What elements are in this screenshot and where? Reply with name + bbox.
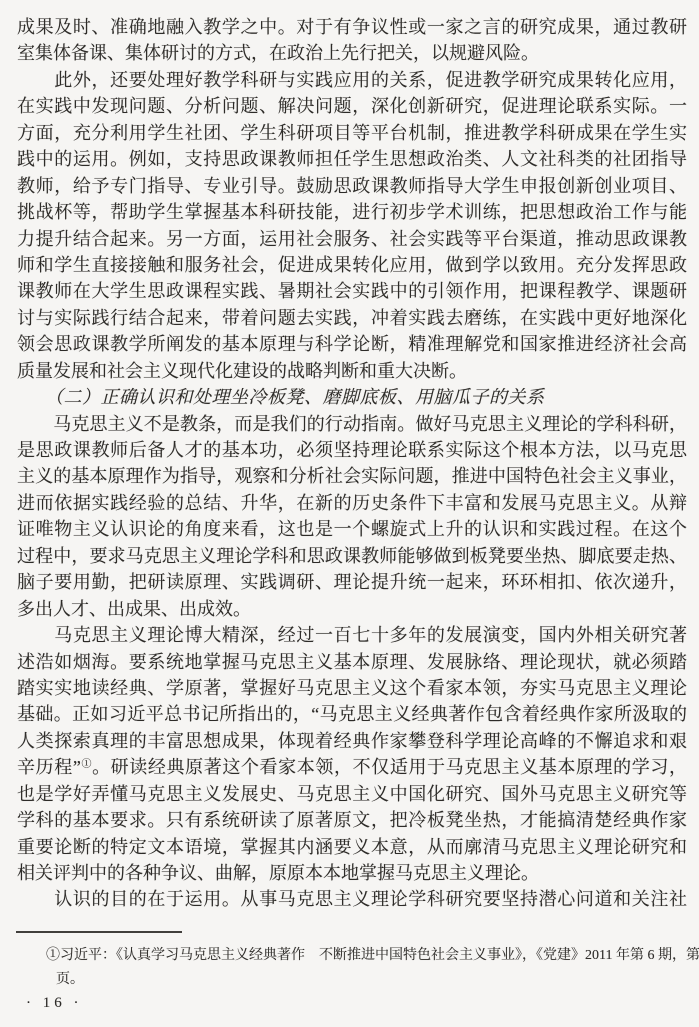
- text-line: 室集体备课、集体研讨的方式，在政治上先行把关，以规避风险。: [17, 40, 687, 66]
- text-line: 力提升结合起来。另一方面，运用社会服务、社会实践等平台渠道，推动思政课教: [17, 226, 687, 252]
- text-line: 师和学生直接接触和服务社会，促进成果转化应用，做到学以致用。充分发挥思政: [17, 252, 687, 278]
- text-line: 述浩如烟海。要系统地掌握马克思主义基本原理、发展脉络、理论现状，就必须踏: [17, 649, 687, 675]
- text-line: 质量发展和社会主义现代化建设的战略判断和重大决断。: [17, 358, 687, 384]
- footnote: ①习近平：《认真学习马克思主义经典著作 不断推进中国特色社会主义事业》，《党建》…: [16, 944, 688, 992]
- text-line: 领会思政课教学所阐发的基本原理与科学论断，精准理解党和国家推进经济社会高: [17, 331, 687, 357]
- text-line: 教师，给予专门指导、专业引导。鼓励思政课教师指导大学生申报创新创业项目、: [17, 173, 687, 199]
- text-line: 重要论断的特定文本语境，掌握其内涵要义本意，从而廓清马克思主义理论研究和: [17, 834, 687, 860]
- footnote-ref-marker: ①: [81, 759, 92, 770]
- document-page: 成果及时、准确地融入教学之中。对于有争议性或一家之言的研究成果，通过教研室集体备…: [0, 0, 699, 1027]
- text-line: 基础。正如习近平总书记所指出的，“马克思主义经典著作包含着经典作家所汲取的: [17, 701, 687, 727]
- section-heading: （二）正确认识和处理坐冷板凳、磨脚底板、用脑瓜子的关系: [17, 384, 687, 410]
- text-line: 马克思主义不是教条，而是我们的行动指南。做好马克思主义理论的学科科研，: [17, 411, 687, 437]
- text-line: 脑子要用勤，把研读原理、实践调研、理论提升统一起来，环环相扣、依次递升，: [17, 569, 687, 595]
- footnote-separator: [16, 931, 182, 933]
- text-line: 辛历程”①。研读经典原著这个看家本领，不仅适用于马克思主义基本原理的学习，: [17, 754, 687, 780]
- text-line: 踏实实地读经典、学原著，掌握好马克思主义这个看家本领，夯实马克思主义理论: [17, 675, 687, 701]
- text-line: 学科的基本要求。只有系统研读了原著原文，把冷板凳坐热，才能搞清楚经典作家: [17, 807, 687, 833]
- text-line: 课教师在大学生思政课程实践、暑期社会实践中的引领作用，把课程教学、课题研: [17, 278, 687, 304]
- text-line: 成果及时、准确地融入教学之中。对于有争议性或一家之言的研究成果，通过教研: [17, 14, 687, 40]
- page-text: 成果及时、准确地融入教学之中。对于有争议性或一家之言的研究成果，通过教研室集体备…: [17, 14, 687, 913]
- text-line: 证唯物主义认识论的角度来看，这也是一个螺旋式上升的认识和实践过程。在这个: [17, 516, 687, 542]
- text-line: 认识的目的在于运用。从事马克思主义理论学科研究要坚持潜心问道和关注社: [17, 886, 687, 912]
- text-line: 多出人才、出成果、出成效。: [17, 596, 687, 622]
- text-line: 在实践中发现问题、分析问题、解决问题，深化创新研究，促进理论联系实际。一: [17, 93, 687, 119]
- text-line: 讨与实际践行结合起来，带着问题去实践，冲着实践去磨练，在实践中更好地深化: [17, 305, 687, 331]
- footnote-line: ①习近平：《认真学习马克思主义经典著作 不断推进中国特色社会主义事业》，《党建》…: [16, 944, 688, 968]
- text-line: 马克思主义理论博大精深，经过一百七十多年的发展演变，国内外相关研究著: [17, 622, 687, 648]
- text-line: 主义的基本原理作为指导，观察和分析社会实际问题，推进中国特色社会主义事业，: [17, 463, 687, 489]
- page-number: · 16 ·: [26, 995, 83, 1012]
- text-line: 践中的运用。例如，支持思政课教师担任学生思想政治类、人文社科类的社团指导: [17, 146, 687, 172]
- text-line: 挑战杯等，帮助学生掌握基本科研技能，进行初步学术训练，把思想政治工作与能: [17, 199, 687, 225]
- text-line: 也是学好弄懂马克思主义发展史、马克思主义中国化研究、国外马克思主义研究等: [17, 781, 687, 807]
- footnote-line: 页。: [16, 968, 688, 992]
- text-line: 此外，还要处理好教学科研与实践应用的关系，促进教学研究成果转化应用，: [17, 67, 687, 93]
- text-line: 人类探索真理的丰富思想成果，体现着经典作家攀登科学理论高峰的不懈追求和艰: [17, 728, 687, 754]
- text-line: 方面，充分利用学生社团、学生科研项目等平台机制，推进教学科研成果在学生实: [17, 120, 687, 146]
- text-line: 是思政课教师后备人才的基本功，必须坚持理论联系实际这个根本方法，以马克思: [17, 437, 687, 463]
- text-line: 过程中，要求马克思主义理论学科和思政课教师能够做到板凳要坐热、脚底要走热、: [17, 543, 687, 569]
- text-line: 相关评判中的各种争议、曲解，原原本本地掌握马克思主义理论。: [17, 860, 687, 886]
- text-line: 进而依据实践经验的总结、升华，在新的历史条件下丰富和发展马克思主义。从辩: [17, 490, 687, 516]
